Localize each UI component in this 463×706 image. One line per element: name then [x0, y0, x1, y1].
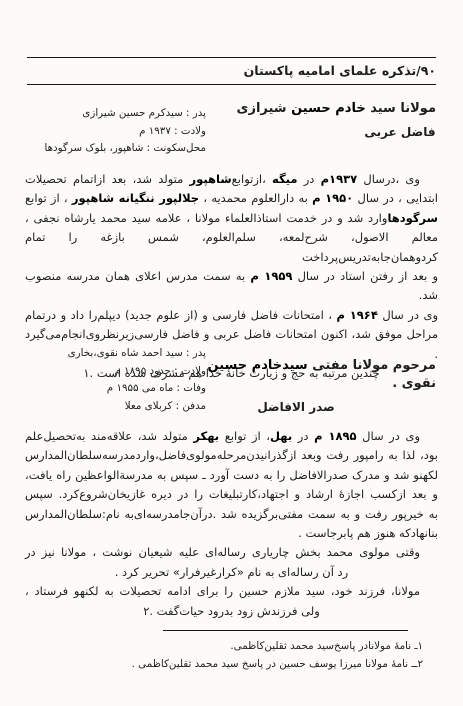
entry-1-header: مولانا سید خادم حسین شیرازی فاضل عربی پد…: [27, 100, 436, 158]
text-line: محل‌سکونت : شاهپور، بلوک سرگودها: [27, 140, 206, 158]
text-line: وی در سال ۱۸۹۵ م در بهل، از توابع بهکر م…: [25, 427, 438, 446]
text-line: ۱ـ نامهٔ مولانادر پاسخ‌سید محمد ثقلین‌کا…: [25, 638, 423, 656]
text-line: به خیرپور رفت و به سمت مفتی‌برگزیده شد .…: [25, 505, 438, 524]
header-rule-bottom: [27, 84, 436, 85]
entry-2-subtitle: صدر الافاضل: [206, 400, 436, 414]
text-line: بنانهادکه هنوز هم پابرجاست .: [25, 524, 438, 543]
entry-2-biography: وی در سال ۱۸۹۵ م در بهل، از توابع بهکر م…: [25, 427, 438, 621]
text-line: سرگودهاوارد شد و در خدمت استاذالعلماء مو…: [25, 209, 438, 228]
text-line: ولی فرزندش زود بدرود حیات‌گفت .۲: [25, 602, 438, 621]
text-line: پدر : سید احمد شاه نقوی،بخاری: [27, 345, 206, 363]
page-header: ۹۰/تذکره علمای امامیه پاکستان: [27, 57, 436, 85]
footnote-rule: [163, 630, 408, 631]
entry-2-info: پدر : سید احمد شاه نقوی،بخاریولادت : حدو…: [27, 345, 206, 415]
entry-1-title-block: مولانا سید خادم حسین شیرازی فاضل عربی: [206, 100, 436, 158]
text-line: وفات : ماه می ۱۹۵۵ م: [27, 380, 206, 398]
text-line: وقتی مولوی محمد بخش چاریاری رساله‌ای علی…: [25, 543, 438, 562]
entry-2-header: مرحوم مولانا مفتی سیدخادم حسین نقوی . صد…: [27, 345, 436, 415]
entry-2-title: مرحوم مولانا مفتی سیدخادم حسین نقوی .: [206, 357, 436, 393]
scanned-book-page: ۹۰/تذکره علمای امامیه پاکستان مولانا سید…: [0, 0, 463, 706]
text-line: مولانا، فرزند خود، سید ملازم حسین را برا…: [25, 582, 438, 601]
entry-1-title: مولانا سید خادم حسین شیرازی: [206, 100, 436, 118]
text-line: ولادت : ۱۹۳۷ م: [27, 123, 206, 141]
text-line: معالم الاصول، شرح‌لمعه، سلم‌العلوم، شمس …: [25, 228, 438, 267]
text-line: وی ،درسال ۱۹۳۷م در میگه ،ازتوابع‌شاهپور …: [25, 170, 438, 189]
entry-2-title-block: مرحوم مولانا مفتی سیدخادم حسین نقوی . صد…: [206, 357, 436, 415]
text-line: ولادت : حدود ۱۸۹۵ م: [27, 363, 206, 381]
text-line: و بعد ازکسب اجازهٔ ارشاد و اجتهاد،کارتبل…: [25, 485, 438, 504]
text-line: پدر : سیدکرم حسین شیرازی: [27, 105, 206, 123]
text-line: لکهنو شد و مدرک صدرالافاضل را به دست آور…: [25, 466, 438, 485]
text-line: وی در سال ۱۹۶۴ م ، امتحانات فاضل فارسی و…: [25, 306, 438, 325]
entry-1-subtitle: فاضل عربی: [206, 125, 436, 139]
entry-1-info: پدر : سیدکرم حسین شیرازیولادت : ۱۹۳۷ ممح…: [27, 105, 206, 158]
text-line: ۲ــ نامهٔ مولانا میرزا یوسف حسین در پاسخ…: [25, 656, 423, 674]
text-line: و بعد از رفتن استاد در سال ۱۹۵۹ م به سمت…: [25, 267, 438, 306]
text-line: رد آن رساله‌ای به نام «کرارغیرفرار» تحری…: [25, 563, 438, 582]
text-line: ابتدایی ، در سال ۱۹۵۰ م به دارالعلوم محم…: [25, 189, 438, 208]
footnotes: ۱ـ نامهٔ مولانادر پاسخ‌سید محمد ثقلین‌کا…: [25, 638, 423, 673]
running-head-title: ۹۰/تذکره علمای امامیه پاکستان: [27, 58, 436, 84]
text-line: بود، لذا به رامپور رفت وبعد ازگذرانیدن‌م…: [25, 446, 438, 465]
text-line: مدفن : کربلای معلا: [27, 398, 206, 416]
